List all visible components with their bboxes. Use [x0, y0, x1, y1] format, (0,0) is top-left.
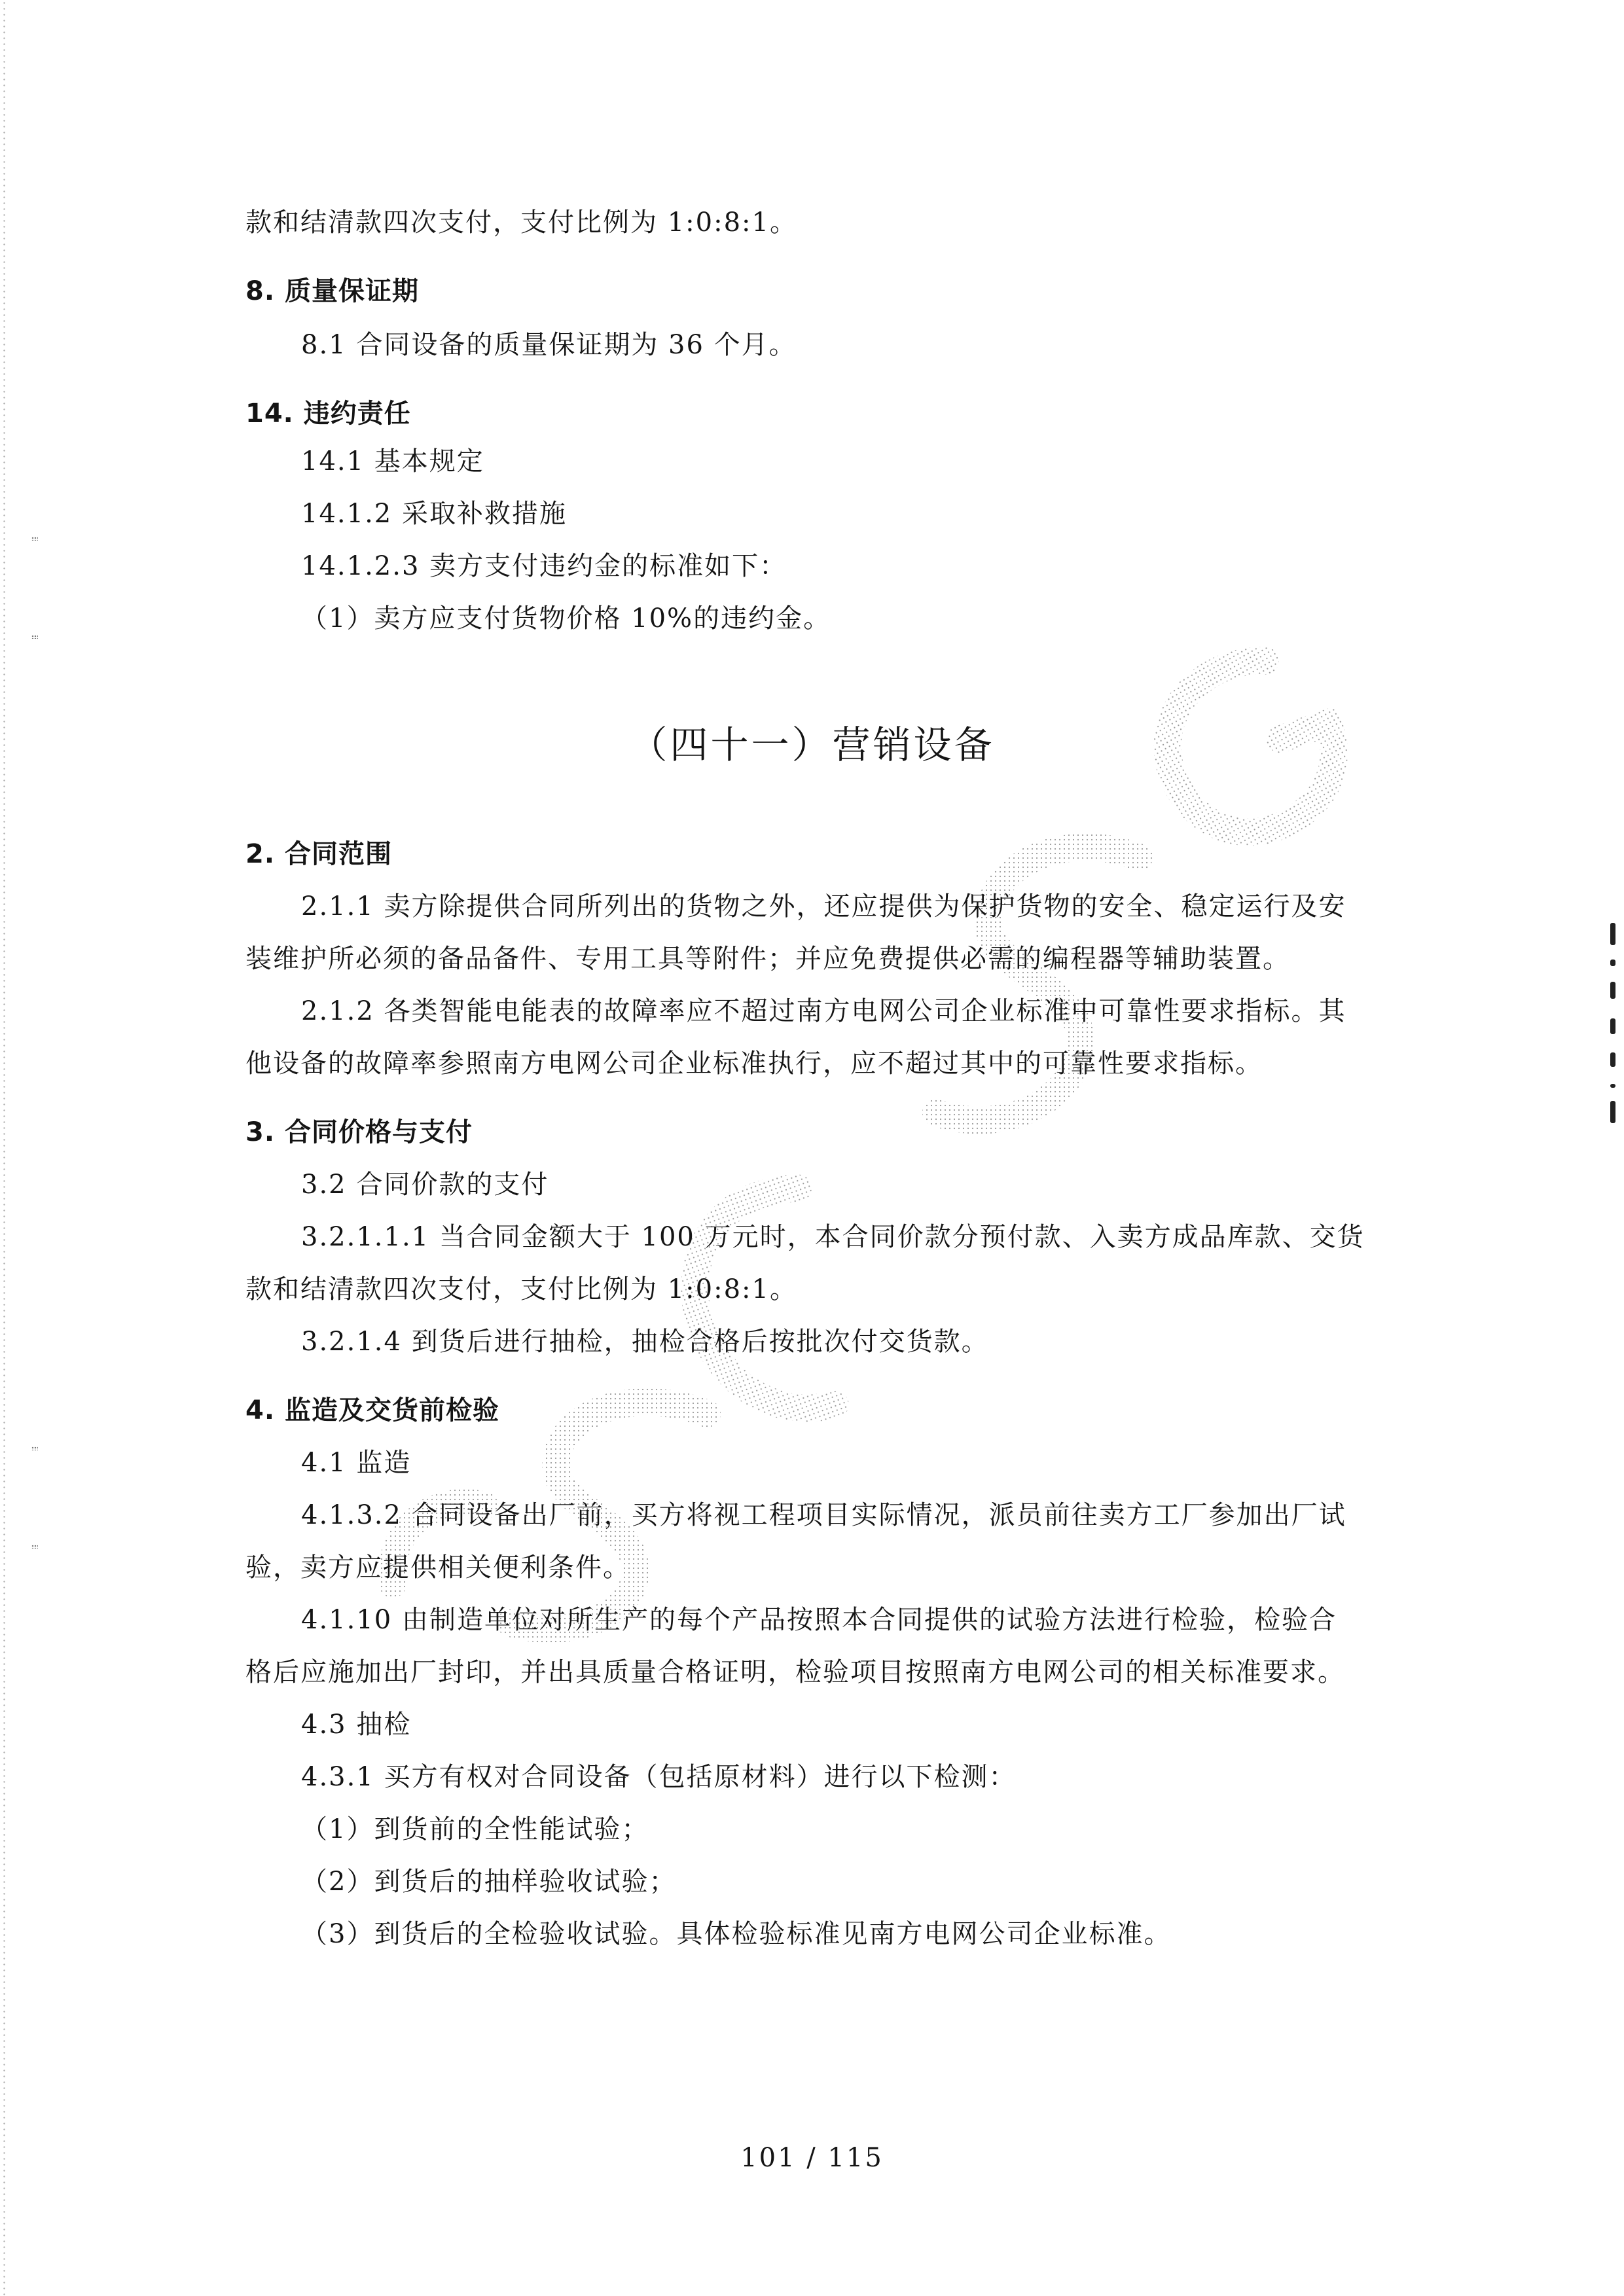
clause-14-item-1: （1）卖方应支付货物价格 10%的违约金。 [301, 601, 831, 636]
clause-4-3: 4.3 抽检 [301, 1708, 411, 1742]
clause-4-1: 4.1 监造 [301, 1446, 411, 1480]
clause-3-2-1-4: 3.2.1.4 到货后进行抽检，抽检合格后按批次付交货款。 [301, 1325, 989, 1359]
clause-14-1-2-3: 14.1.2.3 卖方支付违约金的标准如下： [301, 549, 787, 583]
page-number: 101 / 115 [0, 2142, 1624, 2174]
clause-heading-2: 2. 合同范围 [245, 837, 392, 871]
clause-2-1-2-line2: 他设备的故障率参照南方电网公司企业标准执行，应不超过其中的可靠性要求指标。 [245, 1047, 1263, 1081]
clause-2-1-1-line1: 2.1.1 卖方除提供合同所列出的货物之外，还应提供为保护货物的安全、稳定运行及… [301, 889, 1346, 924]
clause-4-1-3-2-line1: 4.1.3.2 合同设备出厂前，买方将视工程项目实际情况，派员前往卖方工厂参加出… [301, 1498, 1346, 1532]
scan-speck [31, 635, 38, 639]
clause-2-1-2-line1: 2.1.2 各类智能电能表的故障率应不超过南方电网公司企业标准中可靠性要求指标。… [301, 994, 1346, 1028]
clause-3-2-1-1-1-line2: 款和结清款四次支付，支付比例为 1:0:8:1。 [245, 1272, 797, 1306]
clause-3-2: 3.2 合同价款的支付 [301, 1168, 549, 1202]
scan-speck [31, 1446, 38, 1450]
list-item: （1）到货前的全性能试验； [301, 1812, 649, 1846]
clause-4-1-3-2-line2: 验，卖方应提供相关便利条件。 [245, 1551, 630, 1585]
clause-4-3-1: 4.3.1 买方有权对合同设备（包括原材料）进行以下检测： [301, 1760, 1017, 1794]
clause-heading-4: 4. 监造及交货前检验 [245, 1393, 499, 1427]
clause-3-2-1-1-1-line1: 3.2.1.1.1 当合同金额大于 100 万元时，本合同价款分预付款、入卖方成… [301, 1220, 1365, 1254]
document-page: 款和结清款四次支付，支付比例为 1:0:8:1。 8. 质量保证期 8.1 合同… [0, 0, 1624, 2296]
binding-edge-marks [1610, 923, 1617, 1126]
clause-heading-3: 3. 合同价格与支付 [245, 1115, 473, 1149]
clause-2-1-1-line2: 装维护所必须的备品备件、专用工具等附件；并应免费提供必需的编程器等辅助装置。 [245, 942, 1290, 976]
section-title: （四十一）营销设备 [0, 722, 1624, 768]
scan-edge-artifact [3, 0, 7, 2296]
clause-4-1-10-line1: 4.1.10 由制造单位对所生产的每个产品按照本合同提供的试验方法进行检验，检验… [301, 1603, 1337, 1637]
clause-8-1: 8.1 合同设备的质量保证期为 36 个月。 [301, 328, 797, 362]
clause-heading-14: 14. 违约责任 [245, 397, 411, 431]
list-item: （3）到货后的全检验收试验。具体检验标准见南方电网公司企业标准。 [301, 1917, 1171, 1951]
clause-4-1-10-line2: 格后应施加出厂封印，并出具质量合格证明，检验项目按照南方电网公司的相关标准要求。 [245, 1655, 1345, 1689]
clause-14-1-2: 14.1.2 采取补救措施 [301, 497, 567, 531]
clause-14-1: 14.1 基本规定 [301, 444, 484, 478]
clause-heading-8: 8. 质量保证期 [245, 274, 419, 308]
scan-speck [31, 1545, 38, 1549]
list-item: （2）到货后的抽样验收试验； [301, 1865, 676, 1899]
scan-speck [31, 537, 38, 541]
body-text-continuation: 款和结清款四次支付，支付比例为 1:0:8:1。 [245, 206, 797, 240]
